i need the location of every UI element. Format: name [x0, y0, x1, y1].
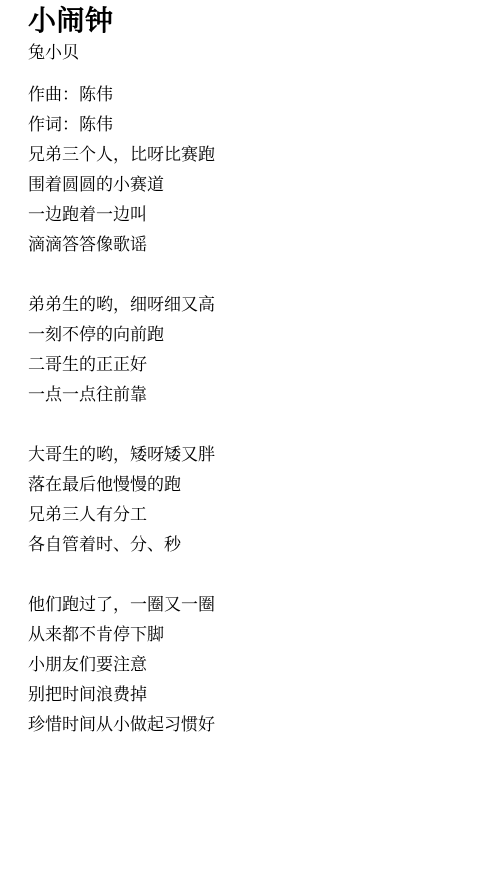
lyrics-block: 作曲：陈伟 作词：陈伟 兄弟三个人，比呀比赛跑 围着圆圆的小赛道 一边跑着一边叫…	[28, 80, 480, 740]
lyric-line: 二哥生的正正好	[28, 350, 480, 380]
song-title: 小闹钟	[28, 2, 480, 40]
lyric-line: 一点一点往前靠	[28, 380, 480, 410]
lyric-line: 兄弟三人有分工	[28, 500, 480, 530]
lyric-line: 滴滴答答像歌谣	[28, 230, 480, 260]
lyric-line: 各自管着时、分、秒	[28, 530, 480, 560]
lyric-line: 小朋友们要注意	[28, 650, 480, 680]
artist-name: 兔小贝	[28, 40, 480, 66]
lyric-line: 弟弟生的哟，细呀细又高	[28, 290, 480, 320]
stanza-4: 他们跑过了，一圈又一圈 从来都不肯停下脚 小朋友们要注意 别把时间浪费掉 珍惜时…	[28, 590, 480, 740]
lyric-line: 珍惜时间从小做起习惯好	[28, 710, 480, 740]
stanza-1: 作曲：陈伟 作词：陈伟 兄弟三个人，比呀比赛跑 围着圆圆的小赛道 一边跑着一边叫…	[28, 80, 480, 260]
lyric-line: 他们跑过了，一圈又一圈	[28, 590, 480, 620]
lyrics-page: 小闹钟 兔小贝 作曲：陈伟 作词：陈伟 兄弟三个人，比呀比赛跑 围着圆圆的小赛道…	[0, 0, 500, 880]
stanza-2: 弟弟生的哟，细呀细又高 一刻不停的向前跑 二哥生的正正好 一点一点往前靠	[28, 290, 480, 410]
lyric-line: 兄弟三个人，比呀比赛跑	[28, 140, 480, 170]
lyric-line: 从来都不肯停下脚	[28, 620, 480, 650]
lyric-line: 一边跑着一边叫	[28, 200, 480, 230]
lyric-line: 别把时间浪费掉	[28, 680, 480, 710]
credit-composer: 作曲：陈伟	[28, 80, 480, 110]
lyric-line: 围着圆圆的小赛道	[28, 170, 480, 200]
lyric-line: 大哥生的哟，矮呀矮又胖	[28, 440, 480, 470]
stanza-3: 大哥生的哟，矮呀矮又胖 落在最后他慢慢的跑 兄弟三人有分工 各自管着时、分、秒	[28, 440, 480, 560]
lyric-line: 落在最后他慢慢的跑	[28, 470, 480, 500]
lyric-line: 一刻不停的向前跑	[28, 320, 480, 350]
credit-lyricist: 作词：陈伟	[28, 110, 480, 140]
